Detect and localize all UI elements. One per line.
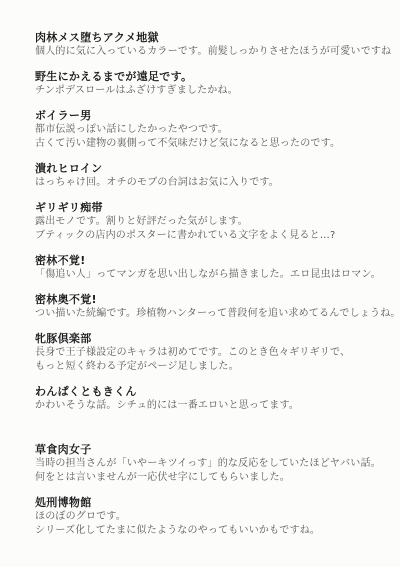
afterword-entry: 潰れヒロイン はっちゃけ回。オチのモブの台詞はお気に入りです。 <box>35 162 392 190</box>
afterword-entry: 密林不覚! 「傷追い人」ってマンガを思い出しながら描きました。エロ昆虫はロマン。 <box>35 254 392 282</box>
afterword-entry: 牝豚倶楽部 長身で王子様設定のキャラは初めてです。このとき色々ギリギリで、もっと… <box>35 332 392 374</box>
entry-note-line: 「傷追い人」ってマンガを思い出しながら描きました。エロ昆虫はロマン。 <box>35 268 392 282</box>
entry-note-line: シリーズ化してたまに似たようなのやってもいいかもですね。 <box>35 524 392 538</box>
entry-note-line: かわいそうな話。シチュ的には一番エロいと思ってます。 <box>35 399 392 413</box>
afterword-entry: 肉林メス堕ちアクメ地獄 個人的に気に入っているカラーです。前髪しっかりさせたほう… <box>35 31 392 59</box>
afterword-entry: わんぱくともきくん かわいそうな話。シチュ的には一番エロいと思ってます。 <box>35 385 392 413</box>
entry-note-line: 都市伝説っぽい話にしたかったやつです。 <box>35 123 392 137</box>
afterword-section-list: 肉林メス堕ちアクメ地獄 個人的に気に入っているカラーです。前髪しっかりさせたほう… <box>35 31 392 538</box>
entry-title: 処刑博物館 <box>35 496 392 510</box>
entry-title: わんぱくともきくん <box>35 385 392 399</box>
entry-note-line: つい描いた続編です。珍植物ハンターって普段何を追い求めてるんでしょうね。 <box>35 307 392 321</box>
afterword-page: 肉林メス堕ちアクメ地獄 個人的に気に入っているカラーです。前髪しっかりさせたほう… <box>0 0 400 567</box>
entry-note-line: 個人的に気に入っているカラーです。前髪しっかりさせたほうが可愛いですね <box>35 45 392 59</box>
afterword-entry: 処刑博物館 ほのぼのグロです。シリーズ化してたまに似たようなのやってもいいかもで… <box>35 496 392 538</box>
entry-title: ボイラー男 <box>35 109 392 123</box>
entry-note-line: 古くて汚い建物の裏側って不気味だけど気になると思ったのです。 <box>35 137 392 151</box>
entry-note-line: もっと短く終わる予定がページ足しました。 <box>35 360 392 374</box>
entry-title: 密林奥不覚! <box>35 293 392 307</box>
afterword-entry: ギリギリ痴帯 露出モノです。割りと好評だった気がします。ブティックの店内のポスタ… <box>35 201 392 243</box>
entry-note-line: 当時の担当さんが「いやーキツイっす」的な反応をしていたほどヤバい話。 <box>35 457 392 471</box>
entry-note-line: 露出モノです。割りと好評だった気がします。 <box>35 215 392 229</box>
afterword-entry: ボイラー男 都市伝説っぽい話にしたかったやつです。古くて汚い建物の裏側って不気味… <box>35 109 392 151</box>
entry-title: 肉林メス堕ちアクメ地獄 <box>35 31 392 45</box>
afterword-entry: 密林奥不覚! つい描いた続編です。珍植物ハンターって普段何を追い求めてるんでしょ… <box>35 293 392 321</box>
entry-title: 牝豚倶楽部 <box>35 332 392 346</box>
entry-title: 潰れヒロイン <box>35 162 392 176</box>
entry-note-line: チンポデスロールはふざけすぎましたかね。 <box>35 84 392 98</box>
entry-note-line: ほのぼのグロです。 <box>35 510 392 524</box>
entry-note-line: 長身で王子様設定のキャラは初めてです。このとき色々ギリギリで、 <box>35 346 392 360</box>
afterword-entry: 草食肉女子 当時の担当さんが「いやーキツイっす」的な反応をしていたほどヤバい話。… <box>35 443 392 485</box>
entry-note-line: 何をとは言いませんが一応伏せ字にしてもらいました。 <box>35 471 392 485</box>
entry-title: 草食肉女子 <box>35 443 392 457</box>
entry-note-line: はっちゃけ回。オチのモブの台詞はお気に入りです。 <box>35 176 392 190</box>
entry-title: 野生にかえるまでが遠足です。 <box>35 70 392 84</box>
afterword-entry: 野生にかえるまでが遠足です。 チンポデスロールはふざけすぎましたかね。 <box>35 70 392 98</box>
entry-title: 密林不覚! <box>35 254 392 268</box>
entry-note-line: ブティックの店内のポスターに書かれている文字をよく見ると…? <box>35 229 392 243</box>
entry-title: ギリギリ痴帯 <box>35 201 392 215</box>
